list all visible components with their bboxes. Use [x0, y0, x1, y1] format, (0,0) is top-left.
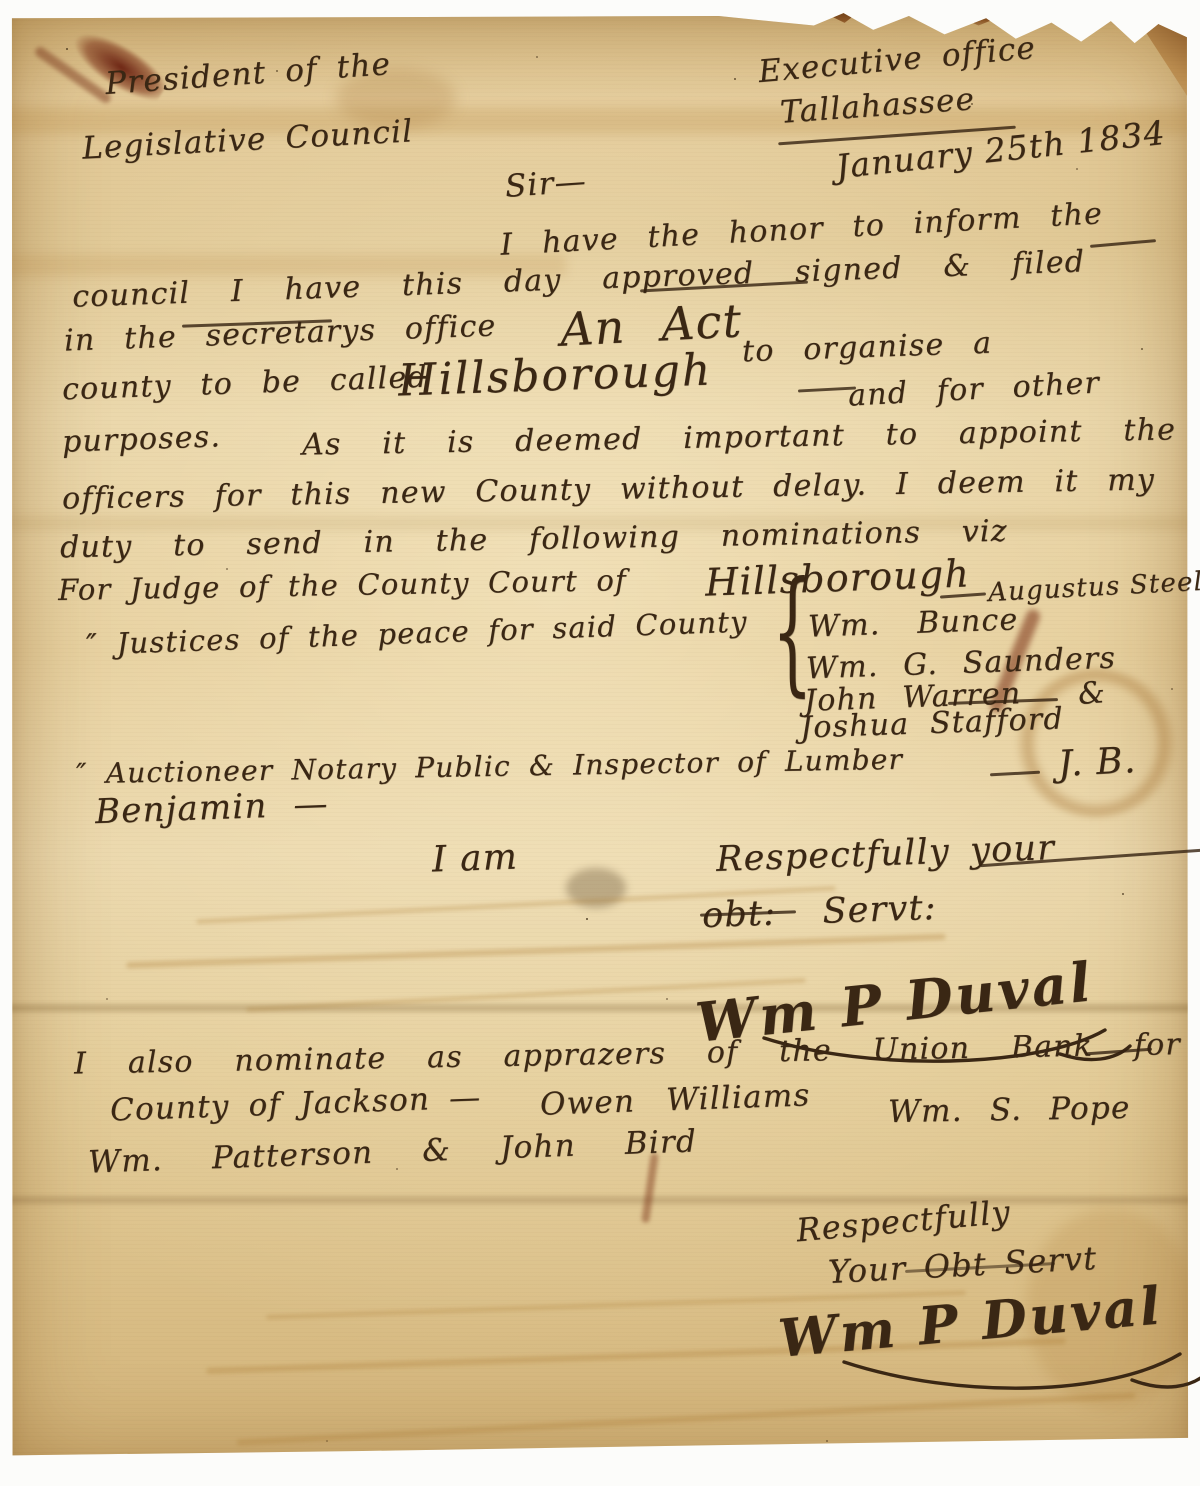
bleed-through — [236, 1392, 1135, 1445]
ink-smudge — [641, 1153, 659, 1223]
bleed-through — [126, 934, 946, 969]
signature-flourish — [840, 1346, 1200, 1400]
torn-edge — [826, 6, 1198, 32]
nominee-auctioneer-initials: J. B. — [1057, 740, 1137, 785]
nominee-auctioneer-surname: Benjamin — — [94, 784, 329, 832]
dog-ear-fold — [1116, 8, 1194, 120]
salutation: Sir— — [504, 163, 588, 205]
body-line: purposes. — [61, 419, 221, 460]
scanned-letter-page: President of the Legislative Council Sir… — [0, 0, 1200, 1486]
closing-i-am: I am — [431, 837, 518, 881]
crease-line — [6, 1196, 1194, 1204]
ink-specks — [66, 48, 68, 50]
nomination-judge-county: Hillsborough — [704, 551, 970, 604]
postscript-nominee: Wm. S. Pope — [888, 1090, 1131, 1130]
nominee-justice: Wm. Bunce — [807, 602, 1018, 644]
ampersand-mark: & — [1077, 675, 1107, 712]
